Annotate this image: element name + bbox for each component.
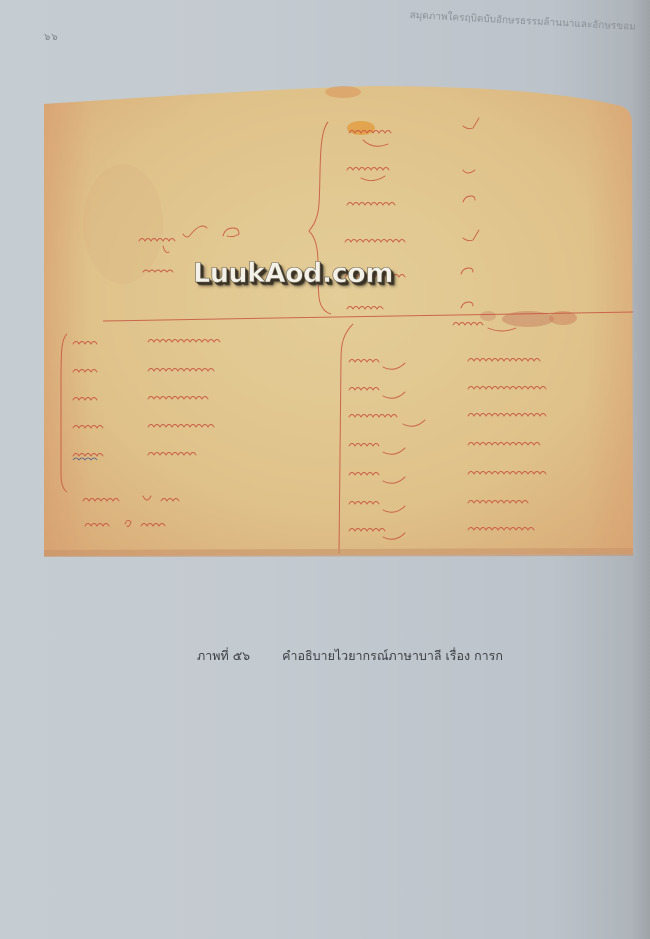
figure-caption: ภาพที่ ๕๖ คำอธิบายไวยากรณ์ภาษาบาลี เรื่อ… xyxy=(197,646,503,666)
running-header: สมุดภาพใครฤบิดบับอักษรธรรมล้านนาและอักษร… xyxy=(409,8,636,35)
figure-label: ภาพที่ ๕๖ xyxy=(197,646,250,666)
manuscript-photo xyxy=(43,84,636,557)
figure-title: คำอธิบายไวยากรณ์ภาษาบาลี เรื่อง การก xyxy=(282,648,503,663)
watermark: LuukAod.com xyxy=(193,258,393,289)
page-number: ๖๖ xyxy=(44,30,59,45)
